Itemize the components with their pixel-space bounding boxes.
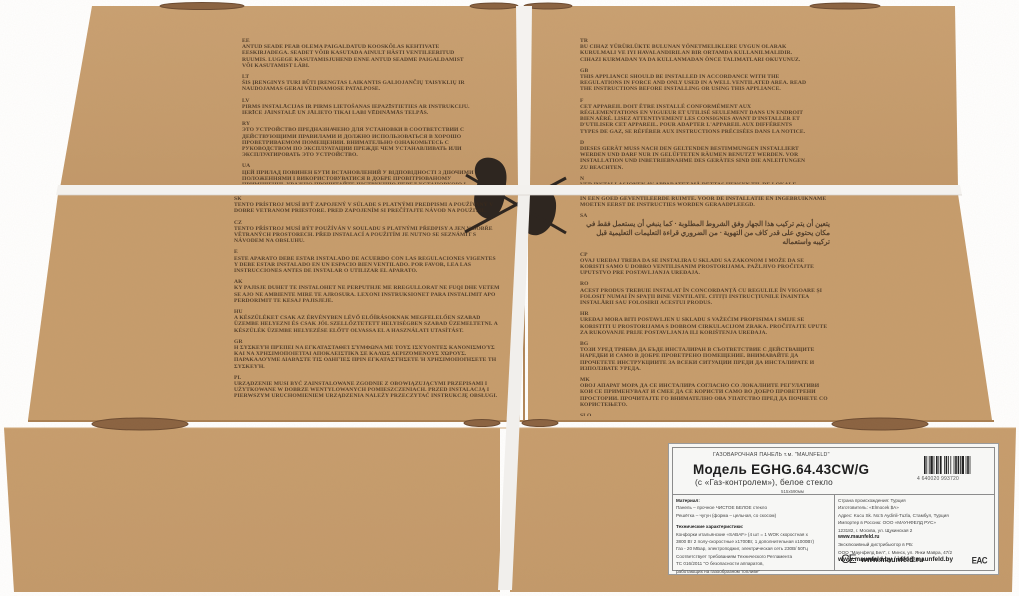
print-paragraph: LVPirms instalācijas ir pirms lietošanas… xyxy=(242,98,474,117)
warning-text: This appliance should be installed in ac… xyxy=(580,74,810,93)
label-divider-vertical xyxy=(834,494,835,570)
label-brandline: ГАЗОВАРОЧНАЯ ПАНЕЛЬ т.м. "MAUNFELD" xyxy=(713,452,830,458)
print-paragraph: FCet appareil doit être installé conform… xyxy=(580,98,810,135)
warning-text: In een goed geventileerde ruimte. Voor d… xyxy=(580,196,830,208)
warning-text: Dieses Gerät muss nach den geltenden Bes… xyxy=(580,146,810,171)
print-paragraph: CPOvaj uređaj treba da se instalira u sk… xyxy=(580,252,830,277)
print-paragraph: SKTento prístroj musí byť zapojený v súl… xyxy=(234,196,500,215)
print-paragraph: SLOTanaprava naj bo nastavljena v skladu… xyxy=(580,413,830,416)
print-paragraph: HUA készüléket csak az érvényben lévő el… xyxy=(234,309,500,334)
warning-text: Šis įrenginys turi būti įrengtas laikant… xyxy=(242,80,474,92)
print-paragraph: GRΗ συσκευή πρέπει να εγκατασταθεί σύμφω… xyxy=(234,339,500,370)
print-paragraph: DDieses Gerät muss nach den geltenden Be… xyxy=(580,140,810,171)
warning-text: A készüléket csak az érvényben lévő előí… xyxy=(234,315,500,334)
language-code: SLO xyxy=(580,413,830,416)
tech-line: Конфорки итальянские «SABAF» (4 шт = 1 W… xyxy=(676,531,832,538)
print-paragraph: In een goed geventileerde ruimte. Voor d… xyxy=(580,196,830,208)
product-label: ГАЗОВАРОЧНАЯ ПАНЕЛЬ т.м. "MAUNFELD" Моде… xyxy=(668,443,999,575)
warning-text: Tento přístroj musí být používán v soula… xyxy=(234,226,500,245)
tech-heading: Технические характеристики: xyxy=(676,523,832,530)
warning-text: Η συσκευή πρέπει να εγκατασταθεί σύμφωνα… xyxy=(234,345,500,370)
print-paragraph: ROAcest produs trebuie instalat în conco… xyxy=(580,281,830,306)
product-photo: EEAntud seade peab olema paigaldatud koo… xyxy=(0,0,1019,596)
warning-text: Bu cihaz yürürlükte bulunan yönetmelikle… xyxy=(580,44,810,63)
label-ean: 4 640020 993720 xyxy=(917,476,959,482)
eac-mark-icon: EAC xyxy=(972,555,987,566)
print-paragraph: EEste aparato debe estar instalado de ac… xyxy=(234,249,500,274)
origin-line: Адрес: Kucu Sk. No:5 Aydinli-Tuzla, Стам… xyxy=(838,512,998,519)
print-paragraph: BGТози уред трябва да бъде инсталиран в … xyxy=(580,341,830,372)
print-paragraph: CZTento přístroj musí být používán v sou… xyxy=(234,220,500,245)
warning-text: Acest produs trebuie instalat în concord… xyxy=(580,288,830,307)
origin-line: Изготовитель: «Elmocek $A» xyxy=(838,504,998,511)
print-paragraph: EEAntud seade peab olema paigaldatud koo… xyxy=(242,38,474,69)
warning-text: يتعين أن يتم تركيب هذا الجهاز وفق الشروط… xyxy=(580,220,830,247)
warning-text: Цей прилад повинен бути встановлений у в… xyxy=(242,170,474,184)
material-line: Решётка – чугун (форма – цельная, со ско… xyxy=(676,512,832,519)
label-subtitle: (с «Газ-контролем»), белое стекло xyxy=(695,478,833,487)
print-paragraph: GBThis appliance should be installed in … xyxy=(580,68,810,93)
print-paragraph: HRUređaj mora biti postavljen u skladu s… xyxy=(580,311,830,336)
print-block-left-lower: SKTento prístroj musí byť zapojený v súl… xyxy=(234,196,500,416)
origin-line: 123182, г. Москва, ул. Щукинская 2 xyxy=(838,527,998,534)
label-model: Модель EGHG.64.43CW/G xyxy=(693,462,869,477)
print-paragraph: NVed installasjonen av apparatet må dett… xyxy=(580,176,810,184)
print-paragraph: SAيتعين أن يتم تركيب هذا الجهاز وفق الشر… xyxy=(580,213,830,246)
print-paragraph: PLUrządzenie musi być zainstalowane zgod… xyxy=(234,375,500,400)
material-line: Панель – прочное ЧИСТОЕ БЕЛОЕ стекло xyxy=(676,504,832,511)
warning-text: Это устройство предназначено для установ… xyxy=(242,127,474,158)
warning-text: Antud seade peab olema paigaldatud koosk… xyxy=(242,44,474,69)
tech-line: работающих на газообразном топливе" xyxy=(676,568,832,575)
label-frame: ГАЗОВАРОЧНАЯ ПАНЕЛЬ т.м. "MAUNFELD" Моде… xyxy=(672,447,995,571)
tech-line: Соответствует требованиям Технического Р… xyxy=(676,553,832,560)
material-heading: Материал: xyxy=(676,497,832,504)
warning-text: Este aparato debe estar instalado de acu… xyxy=(234,256,500,275)
print-paragraph: RYЭто устройство предназначено для устан… xyxy=(242,121,474,158)
tech-line: 3800 Вт 2 полу-скоростные x1700Вт, 1 доп… xyxy=(676,538,832,545)
footer-url: www.maunfeld.ru xyxy=(861,555,924,564)
print-paragraph: LTŠis įrenginys turi būti įrengtas laika… xyxy=(242,74,474,93)
warning-text: Ky pajisje duhet te instalohet ne perput… xyxy=(234,285,500,304)
print-paragraph: UAЦей прилад повинен бути встановлений у… xyxy=(242,163,474,184)
print-paragraph: AKKy pajisje duhet te instalohet ne perp… xyxy=(234,279,500,304)
warning-text: Pirms instalācijas ir pirms lietošanas i… xyxy=(242,104,474,116)
tech-line: Газ - 20 МБар, электроподжиг, электричес… xyxy=(676,545,832,552)
warning-text: Urządzenie musi być zainstalowane zgodni… xyxy=(234,381,500,400)
warning-text: Cet appareil doit être installé conformé… xyxy=(580,104,810,135)
warning-text: Овој апарат мора да се инсталира согласн… xyxy=(580,383,830,408)
barcode-icon xyxy=(923,456,989,474)
ce-mark-icon: CE xyxy=(841,552,856,566)
site-ru: www.maunfeld.ru xyxy=(838,534,998,541)
warning-text: Uređaj mora biti postavljen u skladu s v… xyxy=(580,317,830,336)
origin-line: Страна происхождения: Турция xyxy=(838,497,998,504)
origin-line: Импортер в Россию: ООО «МАУНФЕЛД РУС» xyxy=(838,519,998,526)
distributor-line: Эксклюзивный дистрибьютор в РБ: xyxy=(838,541,998,548)
warning-text: Ovaj uređaj treba da se instalira u skla… xyxy=(580,258,830,277)
warning-text: Ved installasjonen av apparatet må detta… xyxy=(580,182,810,184)
print-block-right-lower: In een goed geventileerde ruimte. Voor d… xyxy=(580,196,830,416)
print-block-right-upper: TRBu cihaz yürürlükte bulunan yönetmelik… xyxy=(580,38,810,184)
print-paragraph: TRBu cihaz yürürlükte bulunan yönetmelik… xyxy=(580,38,810,63)
print-paragraph: MKОвој апарат мора да се инсталира согла… xyxy=(580,377,830,408)
tech-line: ТС 016/2011 "О безопасности аппаратов, xyxy=(676,560,832,567)
label-specs: Материал: Панель – прочное ЧИСТОЕ БЕЛОЕ … xyxy=(676,497,832,575)
warning-text: Този уред трябва да бъде инсталиран в съ… xyxy=(580,347,830,372)
print-block-left-upper: EEAntud seade peab olema paigaldatud koo… xyxy=(242,38,474,184)
label-origin: Страна происхождения: Турция Изготовител… xyxy=(838,497,998,564)
warning-text: Tento prístroj musí byť zapojený v súlad… xyxy=(234,202,500,214)
